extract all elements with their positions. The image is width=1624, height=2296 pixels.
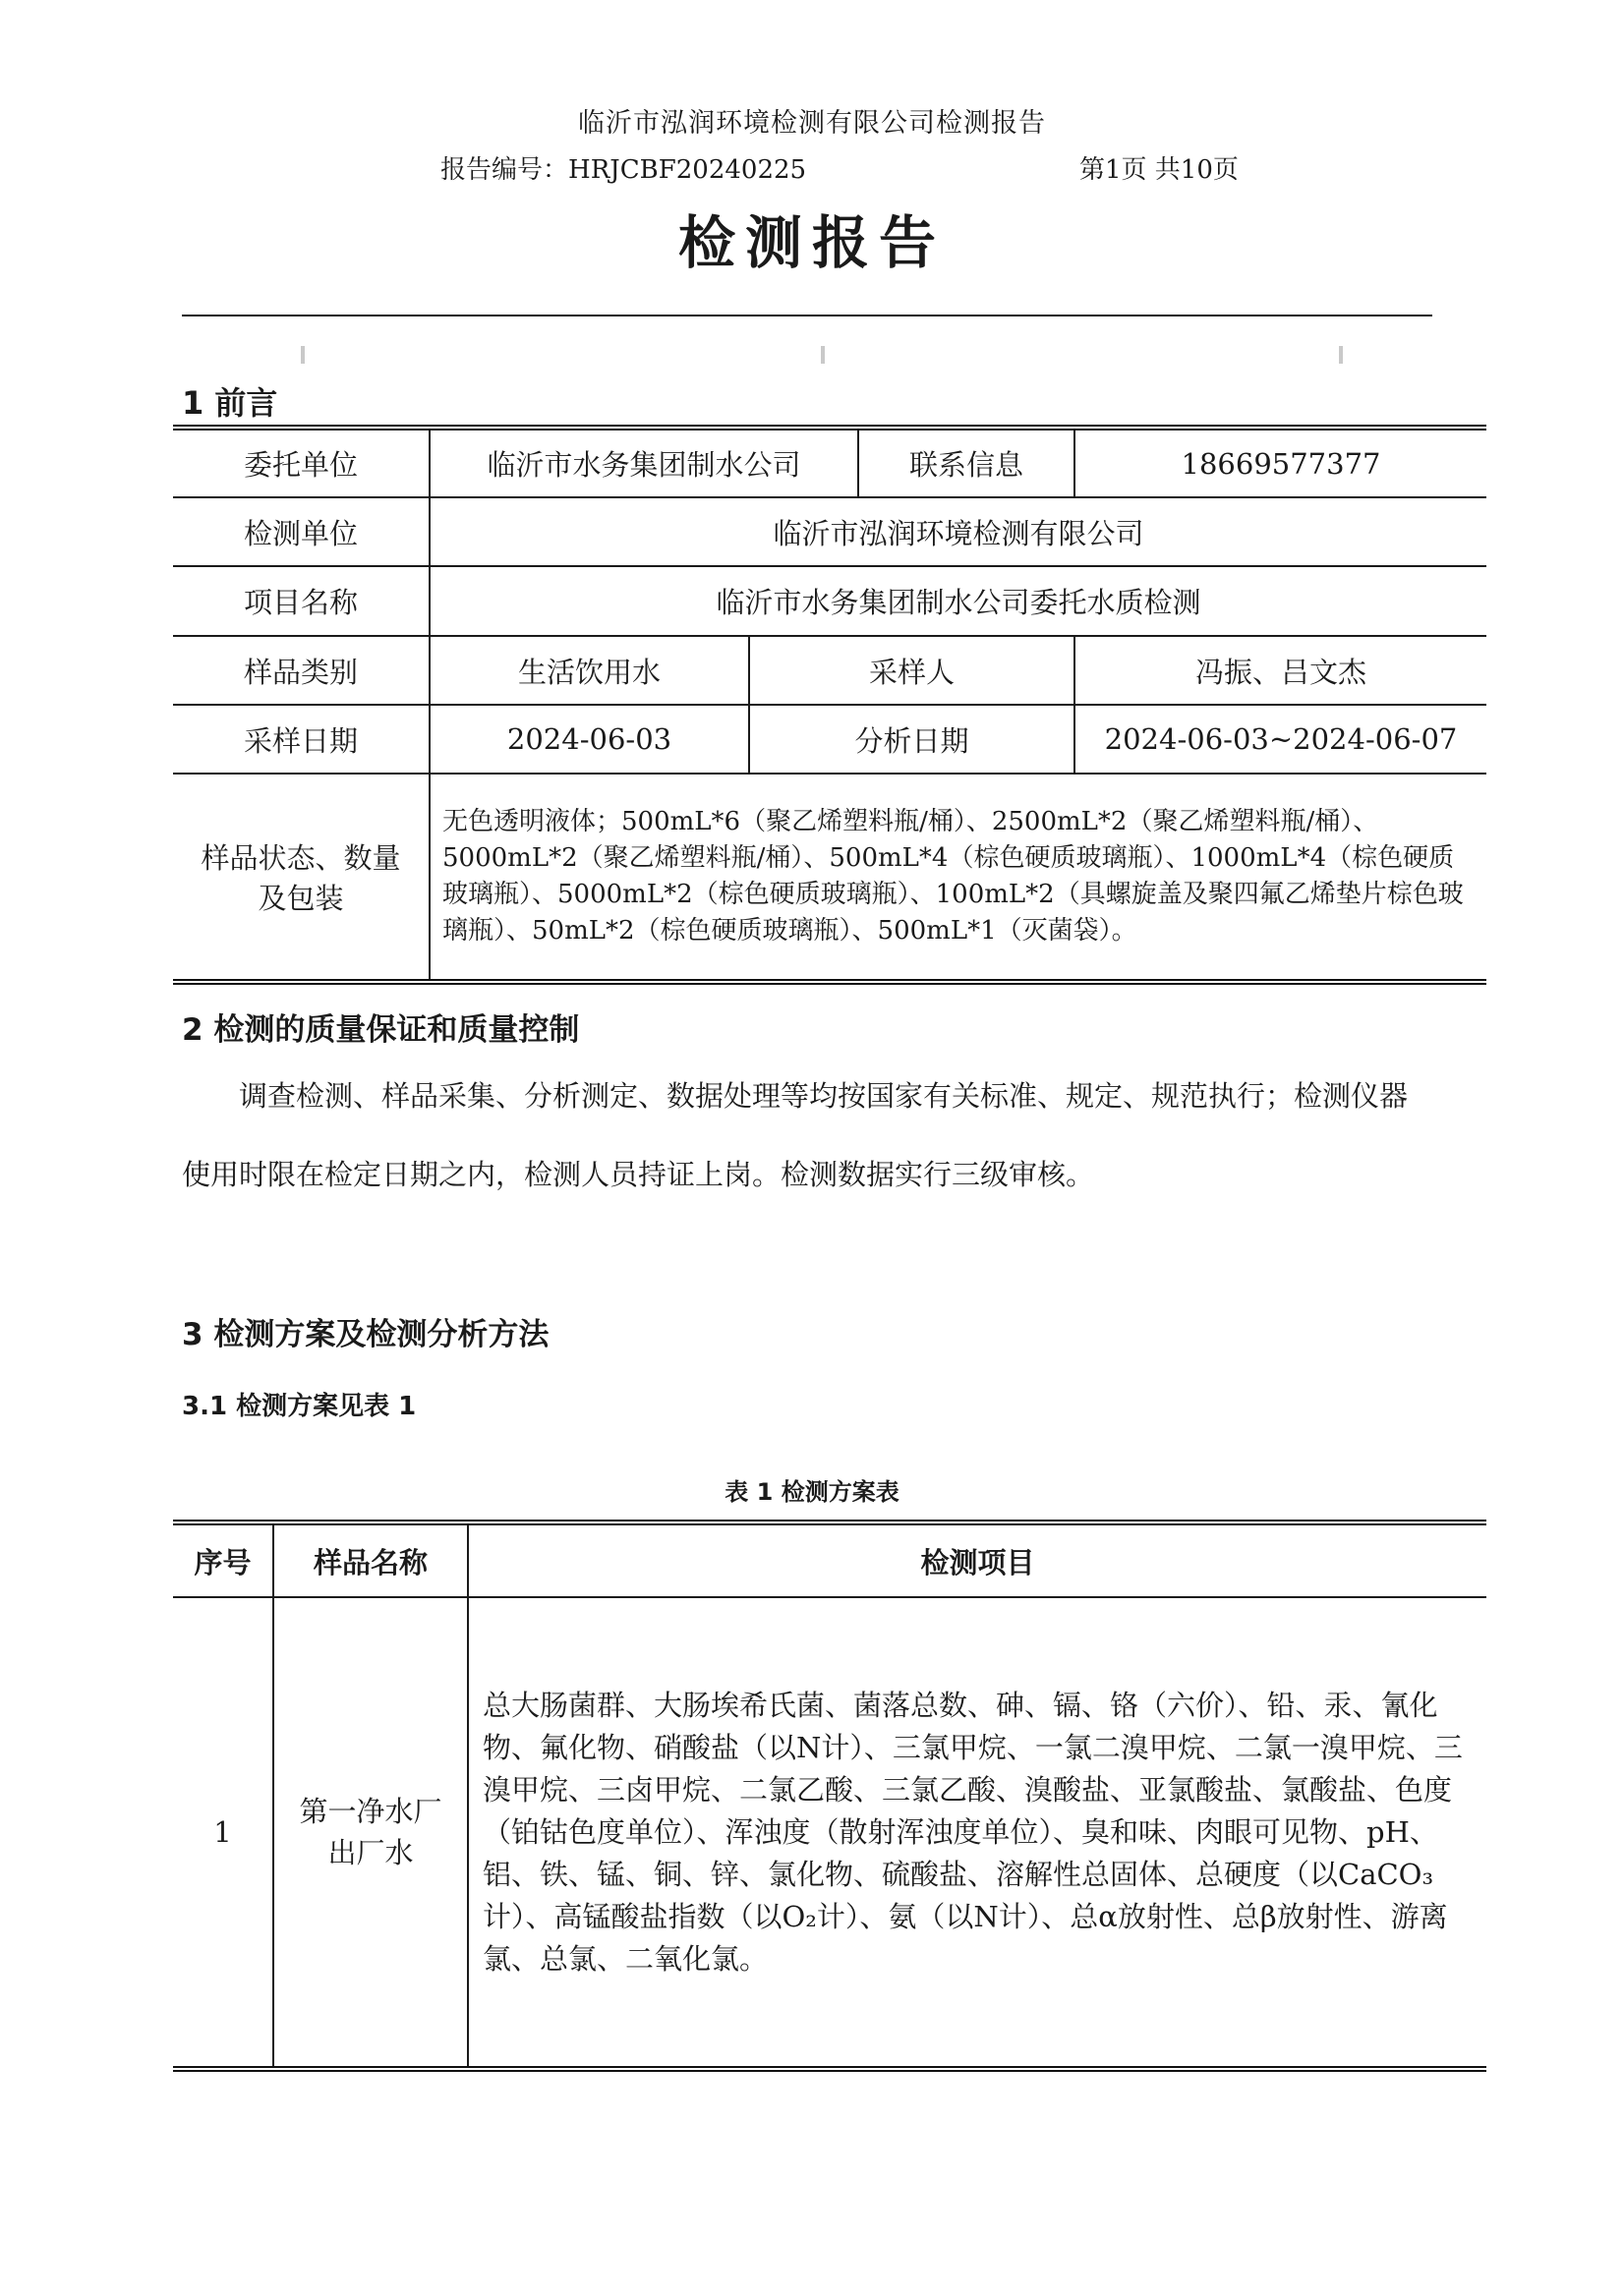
info-row-client: 委托单位 临沂市水务集团制水公司 联系信息 18669577377 bbox=[173, 430, 1486, 497]
sample-type-value: 生活饮用水 bbox=[430, 636, 749, 705]
scan-mark bbox=[1339, 346, 1343, 364]
report-number-value: HRJCBF20240225 bbox=[568, 155, 806, 185]
scan-mark bbox=[301, 346, 305, 364]
sampling-date-label: 采样日期 bbox=[173, 705, 430, 774]
section-3-1-heading: 3.1 检测方案见表 1 bbox=[182, 1386, 416, 1422]
document-title: 检测报告 bbox=[0, 197, 1624, 279]
section-1-heading: 1 前言 bbox=[182, 378, 277, 424]
project-label: 项目名称 bbox=[173, 566, 430, 636]
column-header-no: 序号 bbox=[173, 1525, 273, 1597]
page-indicator: 第1页 共10页 bbox=[1079, 149, 1239, 186]
info-row-sample-type: 样品类别 生活饮用水 采样人 冯振、吕文杰 bbox=[173, 636, 1486, 705]
report-number: 报告编号：HRJCBF20240225 bbox=[440, 149, 806, 186]
project-value: 临沂市水务集团制水公司委托水质检测 bbox=[430, 566, 1486, 636]
info-table-grid: 委托单位 临沂市水务集团制水公司 联系信息 18669577377 检测单位 临… bbox=[173, 430, 1486, 979]
contact-value: 18669577377 bbox=[1074, 430, 1486, 497]
column-header-sample-name: 样品名称 bbox=[273, 1525, 468, 1597]
sampler-value: 冯振、吕文杰 bbox=[1074, 636, 1486, 705]
client-label: 委托单位 bbox=[173, 430, 430, 497]
lab-value: 临沂市泓润环境检测有限公司 bbox=[430, 497, 1486, 566]
analysis-date-value: 2024-06-03~2024-06-07 bbox=[1074, 705, 1486, 774]
sampling-date-value: 2024-06-03 bbox=[430, 705, 749, 774]
lab-label: 检测单位 bbox=[173, 497, 430, 566]
info-row-lab: 检测单位 临沂市泓润环境检测有限公司 bbox=[173, 497, 1486, 566]
analysis-date-label: 分析日期 bbox=[749, 705, 1074, 774]
client-value: 临沂市水务集团制水公司 bbox=[430, 430, 858, 497]
plan-table-header-row: 序号 样品名称 检测项目 bbox=[173, 1525, 1486, 1597]
contact-label: 联系信息 bbox=[858, 430, 1074, 497]
report-number-label: 报告编号： bbox=[440, 155, 568, 185]
row-test-items: 总大肠菌群、大肠埃希氏菌、菌落总数、砷、镉、铬（六价）、铅、汞、氰化物、氟化物、… bbox=[468, 1597, 1486, 2066]
row-no: 1 bbox=[173, 1597, 273, 2066]
table-1-caption: 表 1 检测方案表 bbox=[0, 1472, 1624, 1507]
info-row-dates: 采样日期 2024-06-03 分析日期 2024-06-03~2024-06-… bbox=[173, 705, 1486, 774]
column-header-test-items: 检测项目 bbox=[468, 1525, 1486, 1597]
info-table: 委托单位 临沂市水务集团制水公司 联系信息 18669577377 检测单位 临… bbox=[173, 425, 1486, 985]
section-3-heading: 3 检测方案及检测分析方法 bbox=[182, 1309, 549, 1353]
section-2-heading: 2 检测的质量保证和质量控制 bbox=[182, 1004, 579, 1049]
info-row-project: 项目名称 临沂市水务集团制水公司委托水质检测 bbox=[173, 566, 1486, 636]
packaging-label: 样品状态、数量及包装 bbox=[173, 774, 430, 979]
scan-mark bbox=[821, 346, 825, 364]
plan-table-grid: 序号 样品名称 检测项目 1 第一净水厂出厂水 总大肠菌群、大肠埃希氏菌、菌落总… bbox=[173, 1525, 1486, 2066]
title-divider bbox=[182, 315, 1432, 316]
plan-table: 序号 样品名称 检测项目 1 第一净水厂出厂水 总大肠菌群、大肠埃希氏菌、菌落总… bbox=[173, 1520, 1486, 2072]
quality-control-paragraph: 调查检测、样品采集、分析测定、数据处理等均按国家有关标准、规定、规范执行；检测仪… bbox=[182, 1057, 1432, 1214]
info-row-packaging: 样品状态、数量及包装 无色透明液体；500mL*6（聚乙烯塑料瓶/桶）、2500… bbox=[173, 774, 1486, 979]
sampler-label: 采样人 bbox=[749, 636, 1074, 705]
company-report-header: 临沂市泓润环境检测有限公司检测报告 bbox=[0, 101, 1624, 140]
packaging-value: 无色透明液体；500mL*6（聚乙烯塑料瓶/桶）、2500mL*2（聚乙烯塑料瓶… bbox=[430, 774, 1486, 979]
sample-type-label: 样品类别 bbox=[173, 636, 430, 705]
row-sample-name: 第一净水厂出厂水 bbox=[273, 1597, 468, 2066]
table-row: 1 第一净水厂出厂水 总大肠菌群、大肠埃希氏菌、菌落总数、砷、镉、铬（六价）、铅… bbox=[173, 1597, 1486, 2066]
